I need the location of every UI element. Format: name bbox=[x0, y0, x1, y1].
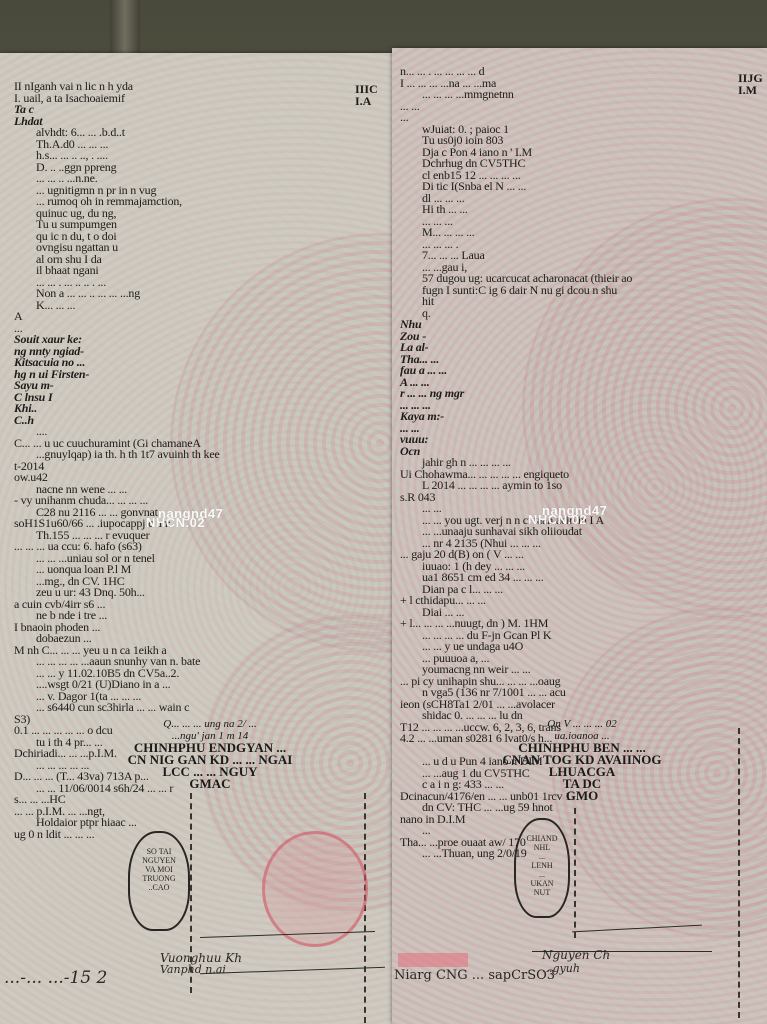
signatory-name: Vanphd n.ai bbox=[160, 963, 226, 976]
red-seal bbox=[262, 831, 368, 947]
seal-text: ..CAO bbox=[130, 883, 188, 892]
text-line: ... ... ... ...mmgnetnn bbox=[400, 89, 632, 101]
issue-date-line: Qn V ... ... ... 02 bbox=[422, 718, 742, 730]
seal-text: TRUONG bbox=[130, 874, 188, 883]
fold-dashed-line bbox=[574, 808, 576, 938]
seal-text: UKAN bbox=[516, 879, 568, 888]
issue-date-line: Q... ... ... ung na 2/ ... bbox=[60, 718, 360, 730]
signature-line bbox=[572, 925, 702, 933]
seal-text: NGUYEN bbox=[130, 856, 188, 865]
official-seal: CHIANDNHL...LENH...UKANNUT bbox=[514, 818, 570, 918]
text-line: A bbox=[14, 311, 220, 323]
fold-dashed-line bbox=[738, 728, 740, 1018]
text-line: ... ... bbox=[400, 101, 632, 113]
issuer-heading: Qn V ... ... ... 02 ua.ioanoa ... CHINHP… bbox=[422, 718, 742, 802]
red-ink-mark bbox=[398, 953, 468, 967]
text-line: nano in D.I.M bbox=[400, 814, 632, 826]
seal-text: NHL bbox=[516, 843, 568, 852]
background-fold bbox=[110, 0, 140, 60]
right-certificate-page: IIJG I.M n... ... . ... ... ... ... dI .… bbox=[392, 48, 767, 1024]
text-line: ... s6440 cun sc3hirla ... ... wain c bbox=[14, 702, 220, 714]
registration-number: Niarg CNG ... sapCrSO3 bbox=[394, 968, 555, 983]
text-line: ...gnuylqap) ia th. h th 1t7 avuinh th k… bbox=[14, 449, 220, 461]
issuer-title: GMAC bbox=[60, 778, 360, 790]
text-line: K... ... ... bbox=[14, 300, 220, 312]
signature: Nguyen Ch bbox=[542, 948, 610, 962]
seal-text: NUT bbox=[516, 888, 568, 897]
text-line: I. uail, a ta Isachoaiemif bbox=[14, 93, 220, 105]
text-line: hit bbox=[400, 296, 632, 308]
text-line: Nhu bbox=[400, 319, 632, 331]
text-line: ... ... bbox=[400, 423, 632, 435]
text-line: vuuu: bbox=[400, 434, 632, 446]
text-line: fugn I sunti:C ig 6 dair N nu gi dcou n … bbox=[400, 285, 632, 297]
watermark: nangnd47 NHCN.02 bbox=[542, 503, 607, 527]
issuer-title: GMO bbox=[422, 790, 742, 802]
text-line: Ta c bbox=[14, 104, 220, 116]
text-line: r ... ... ng mgr bbox=[400, 388, 632, 400]
watermark: nangnd47 NHCN.02 bbox=[158, 506, 223, 530]
issuer-heading: Q... ... ... ung na 2/ ... ...ngu' jan 1… bbox=[60, 718, 360, 790]
seal-text: VA MOI bbox=[130, 865, 188, 874]
text-line: C lnsu I bbox=[14, 392, 220, 404]
seal-text: LENH bbox=[516, 861, 568, 870]
text-line: q. bbox=[400, 308, 632, 320]
text-line: Khi.. bbox=[14, 403, 220, 415]
text-line: fau a ... ... bbox=[400, 365, 632, 377]
seal-text: ... bbox=[516, 870, 568, 879]
registration-number: ...-... ...-15 2 bbox=[4, 968, 107, 988]
margin-label: IIIC I.A bbox=[355, 83, 378, 107]
seal-text: CHIAND bbox=[516, 834, 568, 843]
signature-line bbox=[200, 967, 385, 974]
left-certificate-page: IIIC I.A II nIganh vai n lic n h ydaI. u… bbox=[0, 53, 392, 1024]
official-seal: SO TAINGUYENVA MOITRUONG..CAO bbox=[128, 831, 190, 931]
seal-text: SO TAI bbox=[130, 847, 188, 856]
seal-text: ... bbox=[516, 852, 568, 861]
text-line: Zou - bbox=[400, 331, 632, 343]
text-line: Kaya m:- bbox=[400, 411, 632, 423]
margin-label: IIJG I.M bbox=[738, 72, 763, 96]
text-line: ug 0 n ldit ... ... ... bbox=[14, 829, 220, 841]
